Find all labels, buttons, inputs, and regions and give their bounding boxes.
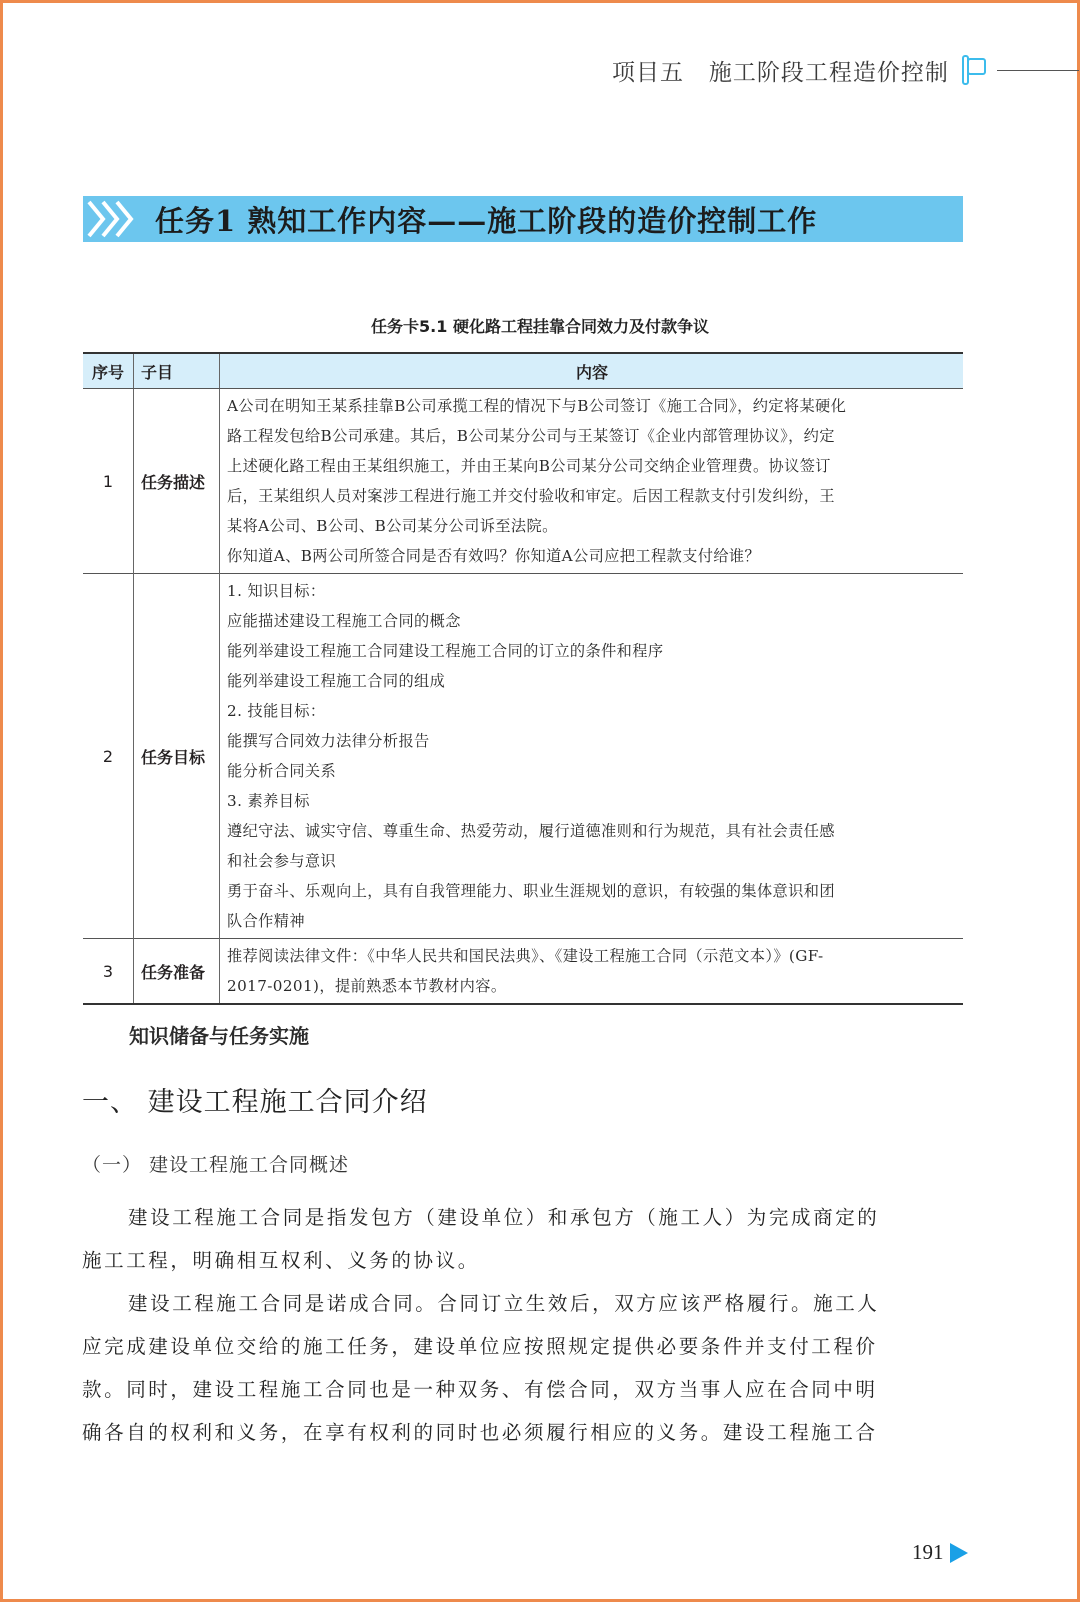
table-row: 1 任务描述 A公司在明知王某系挂靠B公司承揽工程的情况下与B公司签订《施工合同… — [83, 389, 963, 574]
task-card-table: 序号 子目 内容 1 任务描述 A公司在明知王某系挂靠B公司承揽工程的情况下与B… — [83, 352, 963, 1005]
content-line: 路工程发包给B公司承建。其后，B公司某分公司与王某签订《企业内部管理协议》，约定 — [227, 421, 957, 451]
row-subject: 任务准备 — [134, 939, 220, 1005]
content-line: A公司在明知王某系挂靠B公司承揽工程的情况下与B公司签订《施工合同》，约定将某硬… — [227, 391, 957, 421]
content-line: 能分析合同关系 — [227, 756, 957, 786]
page-number: 191 — [912, 1540, 968, 1565]
paragraph-line: 建设工程施工合同是指发包方（建设单位）和承包方（施工人）为完成商定的 — [82, 1196, 952, 1239]
paragraph: 建设工程施工合同是指发包方（建设单位）和承包方（施工人）为完成商定的 施工工程，… — [82, 1196, 952, 1282]
subsection-heading: （一） 建设工程施工合同概述 — [82, 1150, 349, 1177]
column-header-content: 内容 — [220, 353, 964, 389]
row-number: 1 — [83, 389, 134, 574]
task-banner: 任务1 熟知工作内容——施工阶段的造价控制工作 — [83, 196, 963, 242]
content-line: 后，王某组织人员对案涉工程进行施工并交付验收和审定。后因工程款支付引发纠纷，王 — [227, 481, 957, 511]
content-line: 能列举建设工程施工合同建设工程施工合同的订立的条件和程序 — [227, 636, 957, 666]
paragraph-line: 确各自的权利和义务，在享有权利的同时也必须履行相应的义务。建设工程施工合 — [82, 1411, 952, 1454]
content-line: 勇于奋斗、乐观向上，具有自我管理能力、职业生涯规划的意识，有较强的集体意识和团 — [227, 876, 957, 906]
row-content: A公司在明知王某系挂靠B公司承揽工程的情况下与B公司签订《施工合同》，约定将某硬… — [220, 389, 964, 574]
section-subhead: 知识储备与任务实施 — [129, 1020, 309, 1049]
content-line: 2. 技能目标： — [227, 696, 957, 726]
content-line: 1. 知识目标： — [227, 576, 957, 606]
paragraph-line: 应完成建设单位交给的施工任务，建设单位应按照规定提供必要条件并支付工程价 — [82, 1325, 952, 1368]
flag-icon — [961, 54, 989, 86]
row-number: 3 — [83, 939, 134, 1005]
table-row: 2 任务目标 1. 知识目标： 应能描述建设工程施工合同的概念 能列举建设工程施… — [83, 574, 963, 939]
content-line: 和社会参与意识 — [227, 846, 957, 876]
content-line: 3. 素养目标 — [227, 786, 957, 816]
triangle-right-icon — [950, 1543, 968, 1563]
header-rule — [997, 70, 1079, 71]
content-line: 某将A公司、B公司、B公司某分公司诉至法院。 — [227, 511, 957, 541]
content-line: 能撰写合同效力法律分析报告 — [227, 726, 957, 756]
running-header: 项目五 施工阶段工程造价控制 — [612, 52, 1079, 88]
running-header-title: 项目五 施工阶段工程造价控制 — [612, 54, 949, 87]
content-line: 队合作精神 — [227, 906, 957, 936]
content-line: 能列举建设工程施工合同的组成 — [227, 666, 957, 696]
table-row: 3 任务准备 推荐阅读法律文件：《中华人民共和国民法典》、《建设工程施工合同（示… — [83, 939, 963, 1005]
content-line: 应能描述建设工程施工合同的概念 — [227, 606, 957, 636]
column-header-no: 序号 — [83, 353, 134, 389]
row-subject: 任务描述 — [134, 389, 220, 574]
paragraph-line: 施工工程，明确相互权利、义务的协议。 — [82, 1239, 952, 1282]
content-line: 2017-0201)，提前熟悉本节教材内容。 — [227, 971, 957, 1001]
content-line: 遵纪守法、诚实守信、尊重生命、热爱劳动，履行道德准则和行为规范，具有社会责任感 — [227, 816, 957, 846]
banner-title: 任务1 熟知工作内容——施工阶段的造价控制工作 — [155, 199, 817, 240]
content-line: 推荐阅读法律文件：《中华人民共和国民法典》、《建设工程施工合同（示范文本）》(G… — [227, 941, 957, 971]
page-number-text: 191 — [912, 1540, 944, 1565]
content-line: 上述硬化路工程由王某组织施工，并由王某向B公司某分公司交纳企业管理费。协议签订 — [227, 451, 957, 481]
content-line: 你知道A、B两公司所签合同是否有效吗？你知道A公司应把工程款支付给谁？ — [227, 541, 957, 571]
paragraph: 建设工程施工合同是诺成合同。合同订立生效后，双方应该严格履行。施工人 应完成建设… — [82, 1282, 952, 1454]
column-header-sub: 子目 — [134, 353, 220, 389]
row-subject: 任务目标 — [134, 574, 220, 939]
row-number: 2 — [83, 574, 134, 939]
chevrons-icon — [85, 196, 143, 242]
paragraph-line: 款。同时，建设工程施工合同也是一种双务、有偿合同，双方当事人应在合同中明 — [82, 1368, 952, 1411]
paragraph-line: 建设工程施工合同是诺成合同。合同订立生效后，双方应该严格履行。施工人 — [82, 1282, 952, 1325]
table-caption: 任务卡5.1 硬化路工程挂靠合同效力及付款争议 — [0, 314, 1080, 337]
table-header-row: 序号 子目 内容 — [83, 353, 963, 389]
section-heading: 一、 建设工程施工合同介绍 — [82, 1080, 428, 1119]
row-content: 1. 知识目标： 应能描述建设工程施工合同的概念 能列举建设工程施工合同建设工程… — [220, 574, 964, 939]
row-content: 推荐阅读法律文件：《中华人民共和国民法典》、《建设工程施工合同（示范文本）》(G… — [220, 939, 964, 1005]
